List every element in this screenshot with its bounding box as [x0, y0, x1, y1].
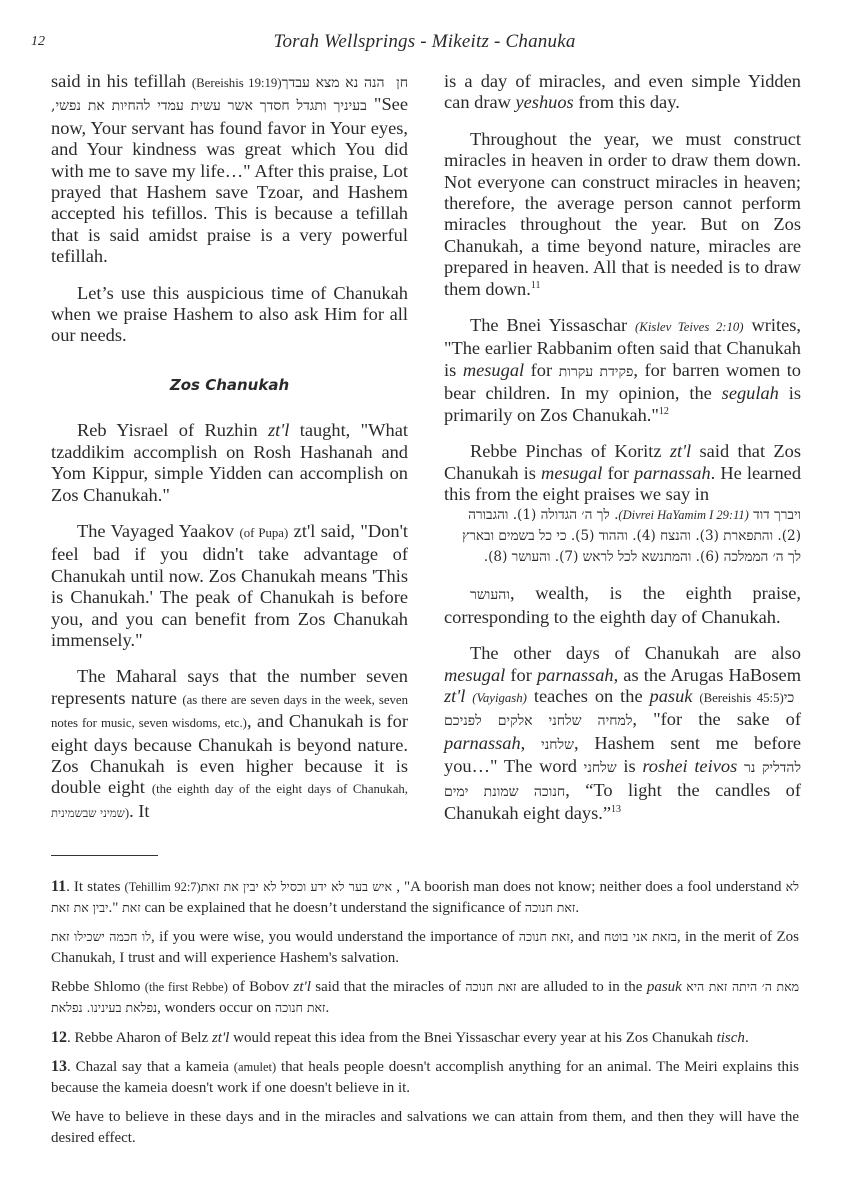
paragraph-day-of-miracles: is a day of miracles, and even simple Yi…	[444, 71, 801, 114]
book-title: Torah Wellsprings - Mikeitz - Chanuka	[0, 31, 849, 53]
footnote-divider	[51, 855, 158, 856]
footnote-ref-12[interactable]: 12	[659, 406, 669, 417]
right-column: is a day of miracles, and even simple Yi…	[444, 71, 801, 839]
left-column: said in his tefillah (Bereishis 19:19) ה…	[51, 71, 408, 839]
paragraph-wealth: והעושר, wealth, is the eighth praise, co…	[444, 583, 801, 628]
footnote-12: 12. Rebbe Aharon of Belz zt'l would repe…	[51, 1028, 799, 1049]
footnote-11: 11. It states (Tehillim 92:7) איש בער לא…	[51, 877, 799, 918]
footnote-13-continued: We have to believe in these days and in …	[51, 1107, 799, 1148]
citation: (Bereishis 19:19)	[192, 76, 282, 90]
section-heading: Zos Chanukah	[51, 375, 408, 396]
paragraph-auspicious-time: Let’s use this auspicious time of Chanuk…	[51, 283, 408, 347]
footnote-ref-13[interactable]: 13	[611, 804, 621, 815]
hebrew-quote: הנה נא מצא עבדך	[282, 75, 391, 91]
paragraph-maharal: The Maharal says that the number seven r…	[51, 666, 408, 824]
footnote-11-bobov: Rebbe Shlomo (the first Rebbe) of Bobov …	[51, 977, 799, 1018]
footnotes: 11. It states (Tehillim 92:7) איש בער לא…	[51, 877, 799, 1158]
footnote-ref-11[interactable]: 11	[531, 280, 541, 291]
hebrew-verse-line: לך ה׳ הממלכה (6). והמתנשא לכל לראש (7). …	[444, 547, 801, 568]
footnote-11-continued: לו חכמה ישכילו זאת, if you were wise, yo…	[51, 927, 799, 968]
paragraph-ruzhin: Reb Yisrael of Ruzhin zt'l taught, "What…	[51, 420, 408, 506]
paragraph-construct-miracles: Throughout the year, we must construct m…	[444, 129, 801, 300]
paragraph-bnei-yissaschar: The Bnei Yissaschar (Kislev Teives 2:10)…	[444, 315, 801, 426]
paragraph-arugas-habosem: The other days of Chanukah are also mesu…	[444, 643, 801, 824]
paragraph-vayaged-yaakov: The Vayaged Yaakov (of Pupa) zt'l said, …	[51, 521, 408, 651]
hebrew-verse-line: ויברך דוד (Divrei HaYamim I 29:11). לך ה…	[444, 505, 801, 526]
footnote-13: 13. Chazal say that a kameia (amulet) th…	[51, 1057, 799, 1098]
paragraph-pinchas-koritz: Rebbe Pinchas of Koritz zt'l said that Z…	[444, 441, 801, 568]
running-head: 12 Torah Wellsprings - Mikeitz - Chanuka	[0, 34, 849, 58]
paragraph-lot-tefillah: said in his tefillah (Bereishis 19:19) ה…	[51, 71, 408, 268]
hebrew-verse-line: (2). והתפארת (3). והנצח (4). וההוד (5). …	[444, 526, 801, 547]
